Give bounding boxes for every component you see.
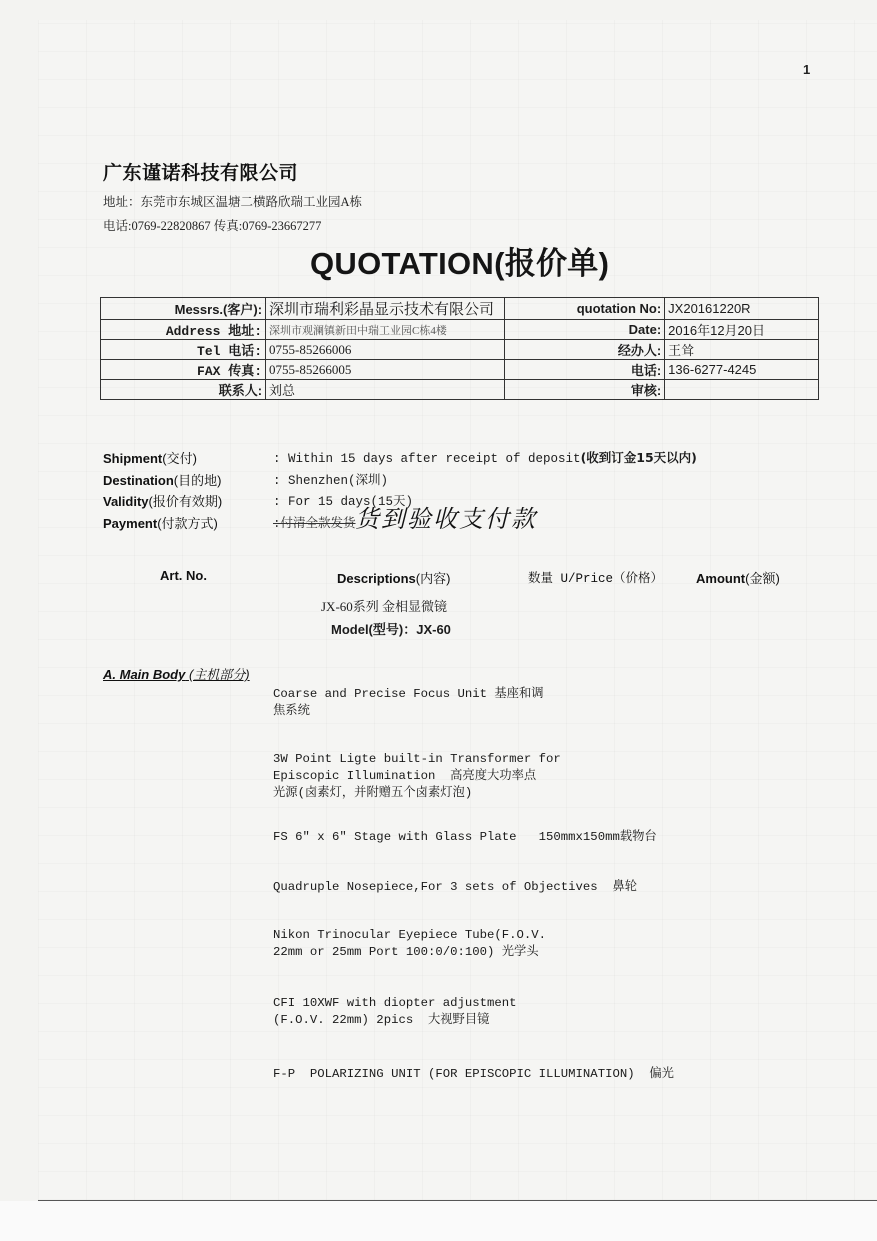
table-row: Address 地址: 深圳市观澜镇新田中瑞工业园C栋4楼 Date: 2016…: [101, 320, 819, 340]
label-fax: FAX 传真:: [101, 360, 266, 380]
label-date: Date:: [504, 320, 665, 340]
label-quotation-no: quotation No:: [504, 298, 665, 320]
customer-info-table: Messrs.(客户): 深圳市瑞利彩晶显示技术有限公司 quotation N…: [100, 297, 819, 400]
list-item: 3W Point Ligte built-in Transformer for …: [273, 751, 561, 802]
section-a-title: A. Main Body (主机部分): [103, 664, 250, 683]
label-contact: 联系人:: [101, 380, 266, 400]
payment-label-cn: (付款方式): [157, 516, 218, 531]
payment-value-struck: :付清全款发货: [273, 517, 356, 531]
label-tel: Tel 电话:: [101, 340, 266, 360]
shipment-value-cn: (收到订金15天以内): [581, 450, 697, 465]
list-item: F-P POLARIZING UNIT (FOR EPISCOPIC ILLUM…: [273, 1066, 674, 1083]
destination-value: : Shenzhen(深圳): [273, 470, 388, 488]
value-tel: 0755-85266006: [266, 340, 505, 360]
shipment-label-cn: (交付): [162, 451, 197, 466]
destination-label-cn: (目的地): [174, 473, 222, 488]
value-fax: 0755-85266005: [266, 360, 505, 380]
validity-label-cn: (报价有效期): [149, 494, 223, 509]
shipment-label: Shipment: [103, 451, 162, 466]
table-row: Tel 电话: 0755-85266006 经办人: 王耸: [101, 340, 819, 360]
column-descriptions: Descriptions(内容): [337, 568, 450, 587]
list-item: Coarse and Precise Focus Unit 基座和调 焦系统: [273, 686, 544, 720]
column-amount: Amount(金额): [696, 568, 780, 587]
company-address: 地址：东莞市东城区温塘二横路欣瑞工业园A栋: [103, 192, 362, 210]
shipment-value: : Within 15 days after receipt of deposi…: [273, 452, 581, 466]
label-customer: Messrs.(客户):: [101, 298, 266, 320]
value-quotation-no: JX20161220R: [665, 298, 819, 320]
document-title: QUOTATION(报价单): [310, 238, 609, 283]
value-reviewer: [665, 380, 819, 400]
value-date: 2016年12月20日: [665, 320, 819, 340]
label-handler: 经办人:: [504, 340, 665, 360]
page-number: 1: [803, 62, 810, 77]
table-row: 联系人: 刘总 审核:: [101, 380, 819, 400]
table-row: FAX 传真: 0755-85266005 电话: 136-6277-4245: [101, 360, 819, 380]
label-address: Address 地址:: [101, 320, 266, 340]
company-phone-fax: 电话:0769-22820867 传真:0769-23667277: [103, 216, 321, 234]
value-address: 深圳市观澜镇新田中瑞工业园C栋4楼: [266, 320, 505, 340]
value-contact: 刘总: [266, 380, 505, 400]
list-item: Nikon Trinocular Eyepiece Tube(F.O.V. 22…: [273, 927, 546, 961]
column-qty-price: 数量 U/Price（价格）: [528, 568, 663, 586]
list-item: FS 6" x 6" Stage with Glass Plate 150mmx…: [273, 829, 657, 846]
label-handler-phone: 电话:: [504, 360, 665, 380]
list-item: CFI 10XWF with diopter adjustment (F.O.V…: [273, 995, 517, 1029]
payment-handwritten-note: 货到验收支付款: [355, 499, 537, 534]
list-item: Quadruple Nosepiece,For 3 sets of Object…: [273, 879, 637, 896]
product-model: Model(型号)：JX-60: [331, 619, 451, 638]
company-name: 广东谨诺科技有限公司: [103, 158, 298, 185]
product-series: JX-60系列 金相显微镜: [321, 596, 447, 615]
scan-margin: [0, 1201, 877, 1241]
validity-label: Validity: [103, 494, 149, 509]
value-handler-phone: 136-6277-4245: [665, 360, 819, 380]
table-row: Messrs.(客户): 深圳市瑞利彩晶显示技术有限公司 quotation N…: [101, 298, 819, 320]
destination-label: Destination: [103, 473, 174, 488]
column-art-no: Art. No.: [160, 568, 207, 583]
value-handler: 王耸: [665, 340, 819, 360]
label-reviewer: 审核:: [504, 380, 665, 400]
value-customer: 深圳市瑞利彩晶显示技术有限公司: [266, 298, 505, 320]
payment-label: Payment: [103, 516, 157, 531]
